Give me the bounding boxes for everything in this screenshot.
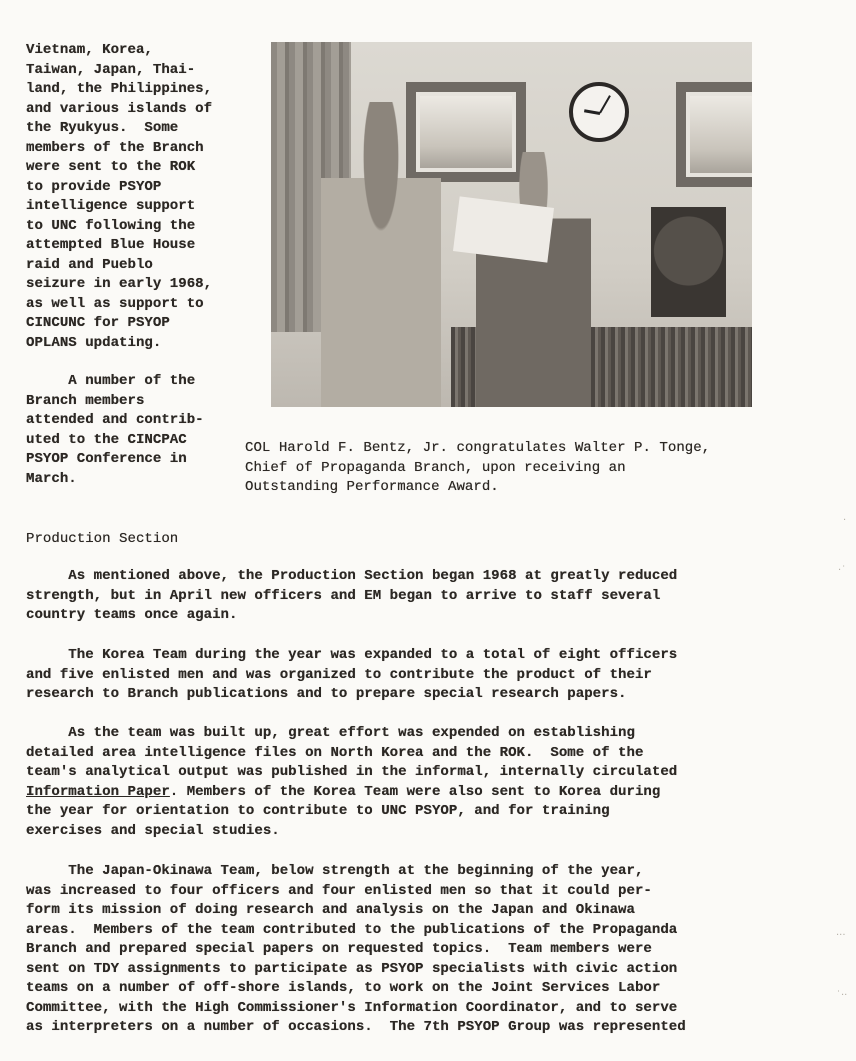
scan-speck: ·˙	[838, 565, 846, 576]
award-photo	[271, 42, 752, 407]
person-colonel	[321, 102, 441, 407]
paragraph-japan-okinawa-team: The Japan-Okinawa Team, below strength a…	[26, 862, 686, 1038]
left-column-paragraph-1: Vietnam, Korea, Taiwan, Japan, Thai- lan…	[26, 41, 212, 353]
photo-caption: COL Harold F. Bentz, Jr. congratulates W…	[245, 439, 710, 498]
paragraph-korea-team: The Korea Team during the year was expan…	[26, 646, 677, 705]
information-paper-title: Information Paper	[26, 784, 170, 800]
p3-lines-before: As the team was built up, great effort w…	[26, 725, 677, 780]
section-heading: Production Section	[26, 530, 178, 550]
paragraph-production-section: As mentioned above, the Production Secti…	[26, 567, 677, 626]
left-column-paragraph-2: A number of the Branch members attended …	[26, 372, 204, 489]
framed-picture-right	[676, 82, 752, 187]
award-certificate	[453, 196, 554, 262]
p3-line4-rest: . Members of the Korea Team were also se…	[170, 784, 661, 800]
wall-clock-icon	[569, 82, 629, 142]
trophy	[651, 207, 726, 317]
scan-speck: ˙··	[836, 990, 847, 1001]
person-civilian	[476, 152, 591, 407]
scan-speck: ···	[836, 930, 846, 941]
p3-lines-after: the year for orientation to contribute t…	[26, 803, 610, 839]
scan-speck: ·	[843, 515, 846, 526]
paragraph-korea-team-effort: As the team was built up, great effort w…	[26, 724, 677, 841]
